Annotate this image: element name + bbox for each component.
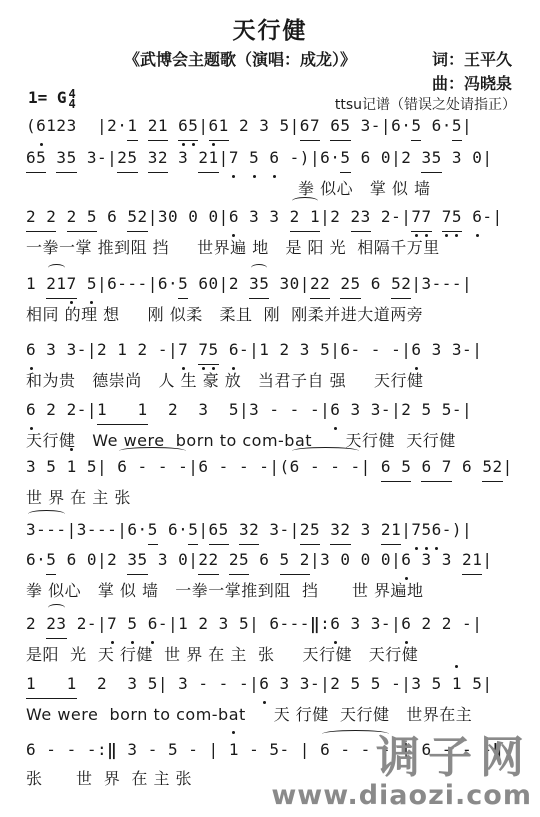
music-system-9: 6·5 6 0|2 35 3 0|22 25 6 5 2|3 0 0 0|6 3…: [26, 547, 536, 601]
music-line: (6123 |2·1 21 65|61 2 3 5|67 65 3-|6·5 6…: [26, 113, 536, 141]
music-system-1: (6123 |2·1 21 65|61 2 3 5|67 65 3-|6·5 6…: [26, 113, 536, 141]
song-subtitle: 《武博会主题歌（演唱：成龙）》: [124, 47, 356, 70]
music-line: 6 3 3-|2 1 2 -|7 75 6-|1 2 3 5|6- - -|6 …: [26, 337, 536, 365]
transcriber-note: ttsu记谱（错误之处请指正）: [335, 94, 516, 114]
lyricist-credit: 词：王平久: [432, 47, 512, 70]
lyrics-line: 张 世 界 在 主 张: [26, 766, 536, 789]
key-signature: 1= G44: [28, 88, 76, 109]
music-system-8: 3---|3---|6·5 6·5|65 32 3-|25 32 3 21|75…: [26, 517, 536, 545]
lyrics-line: 一拳一掌 推到阻 挡 世界遍 地 是 阳 光 相隔千万里: [26, 235, 536, 258]
music-system-6: 6 2 2-|1 1 2 3 5|3 - - -|6 3 3-|2 5 5-| …: [26, 397, 536, 451]
music-system-7: 3 5 1 5| 6 - - -|6 - - -|(6 - - -| 6 5 6…: [26, 454, 536, 508]
time-signature: 44: [69, 89, 76, 109]
music-system-4: 1 217 5|6---|6·5 60|2 35 30|22 25 6 52|3…: [26, 271, 536, 325]
music-system-2: 65 35 3-|25 32 3 21|7 5 6 -)|6·5 6 0|2 3…: [26, 145, 536, 199]
composer-credit: 曲：冯晓泉: [432, 71, 512, 94]
music-line: 3---|3---|6·5 6·5|65 32 3-|25 32 3 21|75…: [26, 517, 536, 545]
music-line: 2 23 2-|7 5 6-|1 2 3 5| 6---‖:6 3 3-|6 2…: [26, 611, 536, 639]
lyrics-line: 天行健 We were born to com-bat 天行健 天行健: [26, 428, 536, 451]
lyrics-line: 相同 的理 想 刚 似柔 柔且 刚 刚柔并进大道两旁: [26, 302, 536, 325]
lyrics-line: 是阳 光 天 行健 世 界 在 主 张 天行健 天行健: [26, 642, 536, 665]
sheet-music-page: 天行健 《武博会主题歌（演唱：成龙）》 词：王平久 曲：冯晓泉 1= G44 t…: [0, 0, 540, 817]
lyrics-line: 拳 似心 掌 似 墙 一拳一掌推到阻 挡 世 界遍地: [26, 578, 536, 601]
music-line: 2 2 2 5 6 52|30 0 0|6 3 3 2 1|2 23 2-|77…: [26, 204, 536, 232]
lyrics-line: We were born to com-bat 天 行健 天行健 世界在主: [26, 702, 536, 725]
music-line: 1 217 5|6---|6·5 60|2 35 30|22 25 6 52|3…: [26, 271, 536, 299]
music-line: 65 35 3-|25 32 3 21|7 5 6 -)|6·5 6 0|2 3…: [26, 145, 536, 173]
lyrics-line: 世 界 在 主 张: [26, 485, 536, 508]
music-system-10: 2 23 2-|7 5 6-|1 2 3 5| 6---‖:6 3 3-|6 2…: [26, 611, 536, 665]
music-line: 1 1 2 3 5| 3 - - -|6 3 3-|2 5 5 -|3 5 1 …: [26, 671, 536, 699]
music-system-5: 6 3 3-|2 1 2 -|7 75 6-|1 2 3 5|6- - -|6 …: [26, 337, 536, 391]
key-prefix: 1= G: [28, 88, 67, 107]
music-line: 6 2 2-|1 1 2 3 5|3 - - -|6 3 3-|2 5 5-|: [26, 397, 536, 425]
music-system-11: 1 1 2 3 5| 3 - - -|6 3 3-|2 5 5 -|3 5 1 …: [26, 671, 536, 725]
music-line: 6·5 6 0|2 35 3 0|22 25 6 5 2|3 0 0 0|6 3…: [26, 547, 536, 575]
lyrics-line: 拳 似心 掌 似 墙: [298, 176, 536, 199]
lyrics-line: 和为贵 德崇尚 人 生 豪 放 当君子自 强 天行健: [26, 368, 536, 391]
music-system-3: 2 2 2 5 6 52|30 0 0|6 3 3 2 1|2 23 2-|77…: [26, 204, 536, 258]
music-line: 3 5 1 5| 6 - - -|6 - - -|(6 - - -| 6 5 6…: [26, 454, 536, 482]
music-line: 6 - - -:‖ 3 - 5 - | 1 - 5- | 6 - - - | 6…: [26, 737, 536, 763]
song-title: 天行健: [0, 12, 540, 45]
music-system-12: 6 - - -:‖ 3 - 5 - | 1 - 5- | 6 - - - | 6…: [26, 737, 536, 789]
